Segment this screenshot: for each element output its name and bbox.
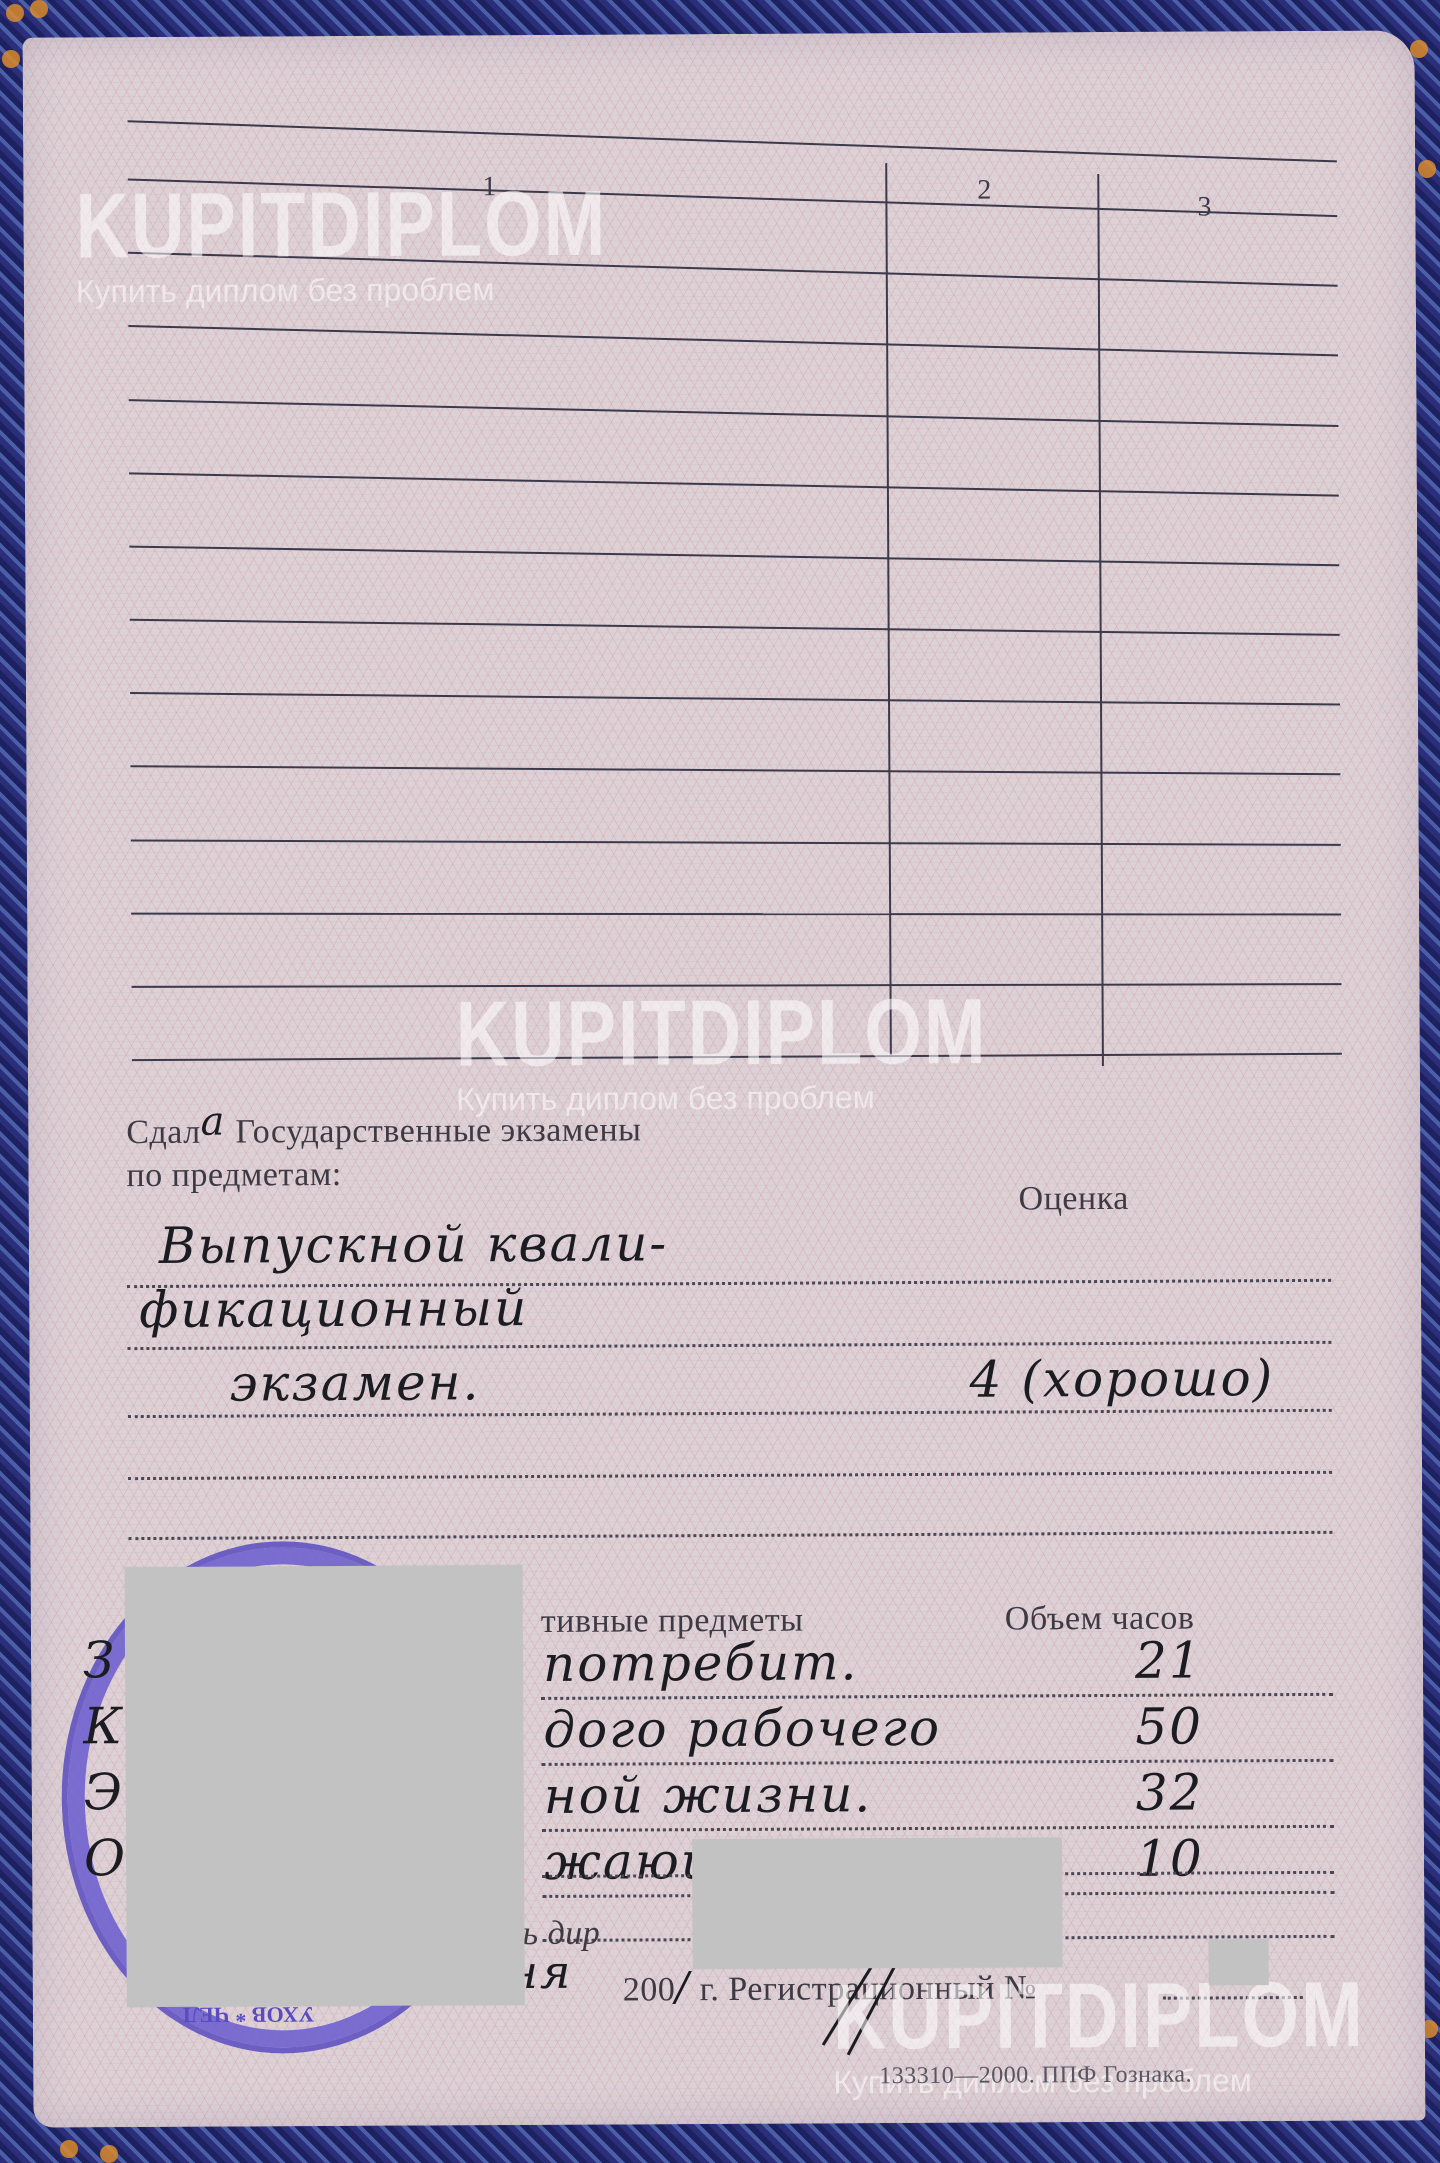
elective-row: Ожающей среды10 <box>23 30 1415 37</box>
redaction-block <box>125 1565 525 2007</box>
elective-hours: 50 <box>1135 1698 1203 1756</box>
table-row-line <box>130 766 1340 776</box>
elective-initial: Э <box>84 1763 125 1821</box>
table-row-line <box>131 912 1341 915</box>
column-divider <box>885 163 892 1055</box>
redaction-block <box>1209 1939 1269 1985</box>
table-row-line <box>130 619 1340 636</box>
state-exams-intro-line2: по предметам: <box>126 1156 341 1195</box>
table-row-line <box>127 120 1336 162</box>
redaction-block <box>692 1837 1063 1969</box>
column-number-3: 3 <box>1197 191 1211 223</box>
fabric-fleck <box>1418 160 1436 178</box>
state-exams-intro: Сдала Государственные экзамены <box>126 1104 641 1153</box>
handwritten-gender-suffix: а <box>200 1099 226 1145</box>
exam-subject-line: экзамен. <box>229 1353 480 1412</box>
elective-subject: потребит. <box>543 1633 859 1693</box>
table-row-line <box>129 399 1339 427</box>
watermark-brand: KUPITDIPLOM <box>456 983 988 1083</box>
table-row-line <box>130 692 1340 706</box>
elective-hours: 10 <box>1136 1829 1204 1887</box>
elective-row: Зпотребит.21 <box>23 30 1415 37</box>
watermark: KUPITDIPLOM Купить диплом без проблем <box>75 185 607 311</box>
watermark: KUPITDIPLOM Купить диплом без проблем <box>456 993 988 1119</box>
exam-grade: 4 (хорошо) <box>969 1349 1274 1409</box>
column-number-2: 2 <box>977 175 991 207</box>
exam-subject-line: Выпускной квали- <box>159 1214 669 1275</box>
fabric-fleck <box>2 50 20 68</box>
table-row-line <box>129 545 1339 566</box>
table-row-line <box>128 325 1338 356</box>
dotted-line <box>127 1341 1331 1350</box>
elective-initial: З <box>83 1631 116 1689</box>
electives-list: Зпотребит.21Кдого рабочего50Эной жизни.3… <box>23 30 1415 37</box>
document-page: 1 2 3 KUPITDIPLOM Купить диплом без проб… <box>23 30 1426 2127</box>
elective-initial: О <box>84 1829 127 1887</box>
table-row-line <box>131 839 1341 845</box>
watermark-brand: KUPITDIPLOM <box>75 175 607 275</box>
elective-hours: 32 <box>1136 1764 1204 1822</box>
elective-subject: ной жизни. <box>544 1765 873 1825</box>
fabric-fleck <box>30 0 48 18</box>
exam-subject-line: фикационный <box>139 1279 528 1339</box>
print-code: 133310—2000. ППФ Гознака. <box>879 2062 1192 2091</box>
elective-hours: 21 <box>1135 1632 1203 1690</box>
dotted-line <box>128 1471 1332 1480</box>
elective-row: Кдого рабочего50 <box>23 30 1415 37</box>
watermark-brand: KUPITDIPLOM <box>833 1966 1365 2066</box>
fabric-fleck <box>60 2140 78 2158</box>
elective-initial: К <box>83 1697 124 1755</box>
dotted-line <box>128 1531 1332 1540</box>
dotted-line <box>542 1759 1334 1766</box>
fabric-fleck <box>100 2145 118 2163</box>
elective-subject: дого рабочего <box>543 1699 941 1759</box>
table-row-line <box>129 472 1339 496</box>
column-divider <box>1097 174 1104 1066</box>
elective-row: Эной жизни.32 <box>23 30 1415 37</box>
fabric-fleck <box>1410 40 1428 58</box>
grade-header: Оценка <box>1019 1180 1129 1219</box>
fabric-fleck <box>6 4 24 22</box>
